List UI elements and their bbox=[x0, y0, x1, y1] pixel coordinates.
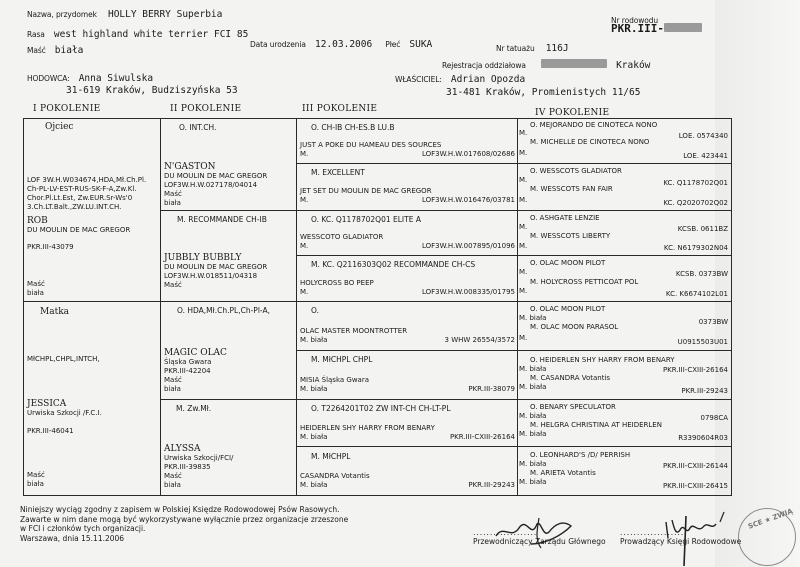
gen2-name: MAGIC OLAC bbox=[164, 348, 227, 358]
sex-label: Płeć bbox=[385, 40, 400, 49]
gen4-dam-color: M. biała bbox=[519, 430, 546, 439]
gen2-kennel: Śląska Gwara bbox=[164, 358, 211, 367]
gen4-dam-color: M. bbox=[519, 149, 527, 158]
gen4-cell: O. OLAC MOON PILOT M. KCSB. 0373BW M. HO… bbox=[517, 255, 732, 302]
gen4-sire-registration: KCSB. 0611BZ bbox=[678, 225, 728, 234]
gen4-cell: O. MEJORANDO DE CINOTECA NONO M. LOE. 05… bbox=[517, 118, 732, 164]
dam-color-label: Maść bbox=[27, 471, 45, 480]
gen1-dam-cell: Matka MłCHPL,CHPL,INTCH, JESSICA Urwiska… bbox=[23, 301, 161, 496]
gen4-dam-color: M. biała bbox=[519, 383, 546, 392]
gen2-color: biała bbox=[164, 199, 181, 208]
generation-4-heading: IV POKOLENIE bbox=[535, 108, 609, 118]
gen4-sire-color: M. biała bbox=[519, 314, 546, 323]
dam-name: JESSICA bbox=[27, 399, 66, 409]
gen4-cell: O. LEONHARD'S /D/ PERRISH M. biała PKR.I… bbox=[517, 446, 732, 496]
gen2-color-label: Maść bbox=[164, 190, 182, 199]
gen4-dam-name: M. HOLYCROSS PETTICOAT POL bbox=[530, 278, 638, 287]
owner-address-row: 31-481 Kraków, Promienistych 11/65 bbox=[446, 80, 640, 99]
gen3-cell: M. MłCHPL CASANDRA Votantis M. biała PKR… bbox=[296, 446, 518, 496]
color-value: biała bbox=[55, 45, 84, 56]
gen3-color: M. biała bbox=[300, 433, 327, 442]
gen4-dam-name: M. WESSCOTS LIBERTY bbox=[530, 232, 610, 241]
sire-role-label: Ojciec bbox=[45, 122, 73, 132]
gen3-cell: O. CH-IB CH-ES.B LU.B JUST A POKE DU HAM… bbox=[296, 118, 518, 164]
gen3-titles: O. KC. Q1178702Q01 ELITE A bbox=[311, 215, 421, 225]
gen4-sire-registration: 0798CA bbox=[701, 414, 729, 423]
gen2-kennel: Urwiska Szkocji/FCI/ bbox=[164, 454, 233, 463]
gen3-name: OLAC MASTER MOONTROTTER bbox=[300, 327, 407, 336]
gen4-dam-registration: KC. N6179302N04 bbox=[664, 244, 728, 253]
gen2-color-label: Maść bbox=[164, 472, 182, 481]
gen3-color: M. biała bbox=[300, 481, 327, 490]
gen3-name: JET SET DU MOULIN DE MAC GREGOR bbox=[300, 187, 432, 196]
official-stamp-icon: SCE ★ ZWIĄ bbox=[738, 508, 796, 566]
gen3-color: M. biała bbox=[300, 385, 327, 394]
gen4-sire-color: M. bbox=[519, 129, 527, 138]
gen2-kennel: DU MOULIN DE MAC GREGOR bbox=[164, 172, 267, 181]
branch-registration-city: Kraków bbox=[616, 60, 650, 71]
gen3-registration: LOF3W.H.W.008335/01795 bbox=[422, 288, 515, 297]
breeder-address: 31-619 Kraków, Budziszyńska 53 bbox=[66, 85, 238, 96]
dam-role-label: Matka bbox=[40, 307, 69, 317]
gen2-registration: LOF3W.H.W.018511/04318 bbox=[164, 272, 257, 281]
gen2-registration: LOF3W.H.W.027178/04014 bbox=[164, 181, 257, 190]
color-row: Maść biała bbox=[27, 38, 83, 57]
gen4-sire-name: O. OLAC MOON PILOT bbox=[530, 305, 605, 314]
gen4-dam-color: M. bbox=[519, 242, 527, 251]
dam-titles: MłCHPL,CHPL,INTCH, bbox=[27, 355, 100, 364]
breeder-label: HODOWCA: bbox=[27, 74, 70, 83]
gen4-sire-color: M. bbox=[519, 176, 527, 185]
gen2-kennel: DU MOULIN DE MAC GREGOR bbox=[164, 263, 267, 272]
signature-chairman: ................... Przewodniczący Zarzą… bbox=[473, 528, 606, 546]
gen3-titles: O. bbox=[311, 306, 319, 316]
redacted-pedigree-number bbox=[664, 23, 702, 32]
gen2-name: N'GASTON bbox=[164, 162, 215, 172]
color-label: Maść bbox=[27, 46, 46, 55]
gen4-cell: O. ASHGATE LENZIE M. KCSB. 0611BZ M. WES… bbox=[517, 210, 732, 256]
sire-title-line: Chor.Pl.Lt.Est, Zw.EUR.Sr-Ws'0 bbox=[27, 194, 146, 203]
gen4-dam-registration: R3390604R03 bbox=[678, 434, 728, 443]
gen2-name: ALYSSA bbox=[164, 444, 201, 454]
gen4-sire-registration: KCSB. 0373BW bbox=[676, 270, 728, 279]
gen3-titles: M. MłCHPL bbox=[311, 452, 350, 462]
gen3-titles: M. EXCELLENT bbox=[311, 168, 365, 178]
gen3-name: WESSCOTO GLADIATOR bbox=[300, 233, 383, 242]
gen4-dam-name: M. OLAC MOON PARASOL bbox=[530, 323, 618, 332]
gen4-cell: O. WESSCOTS GLADIATOR M. KC. Q1178702Q01… bbox=[517, 163, 732, 211]
sire-color: biała bbox=[27, 289, 44, 298]
gen3-registration: PKR.III-38079 bbox=[468, 385, 515, 394]
gen4-sire-registration: 0373BW bbox=[699, 318, 728, 327]
gen4-sire-color: M. biała bbox=[519, 460, 546, 469]
pedigree-number: PKR.III- bbox=[611, 17, 702, 36]
gen3-name: CASANDRA Votantis bbox=[300, 472, 370, 481]
gen2-titles: M. RECOMMANDE CH-IB bbox=[177, 215, 267, 225]
sire-name: ROB bbox=[27, 216, 48, 226]
gen4-sire-registration: KC. Q1178702Q01 bbox=[663, 179, 728, 188]
gen4-dam-registration: LOE. 423441 bbox=[683, 152, 728, 161]
gen3-cell: O. KC. Q1178702Q01 ELITE A WESSCOTO GLAD… bbox=[296, 210, 518, 256]
gen3-titles: O. CH-IB CH-ES.B LU.B bbox=[311, 123, 395, 133]
gen3-color: M. bbox=[300, 150, 308, 159]
gen2-cell: M. Zw.Mł. ALYSSA Urwiska Szkocji/FCI/ PK… bbox=[160, 399, 297, 496]
gen4-dam-registration: U0915503U01 bbox=[678, 338, 728, 347]
gen4-sire-name: O. WESSCOTS GLADIATOR bbox=[530, 167, 622, 176]
handwritten-signature-icon bbox=[660, 508, 740, 567]
gen4-sire-name: O. OLAC MOON PILOT bbox=[530, 259, 605, 268]
generation-3-heading: III POKOLENIE bbox=[302, 104, 377, 114]
gen4-sire-registration: PKR.III-CXIII-26144 bbox=[663, 462, 728, 471]
issue-date-line: Warszawa, dnia 15.11.2006 bbox=[20, 534, 348, 544]
gen2-cell: M. RECOMMANDE CH-IB JUBBLY BUBBLY DU MOU… bbox=[160, 210, 297, 302]
certification-line: w FCI i członków tych organizacji. bbox=[20, 524, 348, 534]
gen4-sire-name: O. BENARY SPECULATOR bbox=[530, 403, 616, 412]
gen2-color: biała bbox=[164, 481, 181, 490]
sire-registration: PKR.III-43079 bbox=[27, 243, 74, 252]
gen3-registration: PKR.III-CXIII-26164 bbox=[450, 433, 515, 442]
sire-title-line: 3.Ch.LT.Balt.,ZW.LU.INT.CH. bbox=[27, 203, 146, 212]
gen4-dam-color: M. bbox=[519, 334, 527, 343]
birth-date-value: 12.03.2006 bbox=[315, 39, 372, 50]
gen4-sire-name: O. LEONHARD'S /D/ PERRISH bbox=[530, 451, 630, 460]
gen2-name: JUBBLY BUBBLY bbox=[164, 253, 241, 263]
gen2-color-label: Maść bbox=[164, 376, 182, 385]
sex-value: SUKA bbox=[409, 39, 432, 50]
dam-kennel: Urwiska Szkocji /F.C.I. bbox=[27, 409, 102, 418]
gen4-dam-registration: KC. Q2020702Q02 bbox=[663, 199, 728, 208]
gen2-titles: M. Zw.Mł. bbox=[176, 404, 211, 414]
gen4-cell: O. BENARY SPECULATOR M. biała 0798CA M. … bbox=[517, 399, 732, 447]
generation-1-heading: I POKOLENIE bbox=[33, 104, 101, 114]
stamp-text: SCE ★ ZWIĄ bbox=[747, 507, 794, 531]
gen1-sire-cell: Ojciec LOF 3W.H.W034674,HDA,Mł.Ch.Pl. Ch… bbox=[23, 118, 161, 302]
gen3-registration: LOF3W.H.W.017608/02686 bbox=[422, 150, 515, 159]
gen4-sire-color: M. bbox=[519, 223, 527, 232]
gen4-cell: O. OLAC MOON PILOT M. biała 0373BW M. OL… bbox=[517, 301, 732, 351]
gen3-color: M. bbox=[300, 288, 308, 297]
gen3-name: MISIA Śląska Gwara bbox=[300, 376, 369, 385]
gen3-color: M. bbox=[300, 242, 308, 251]
gen4-dam-name: M. CASANDRA Votantis bbox=[530, 374, 610, 383]
dog-name: HOLLY BERRY Superbia bbox=[108, 9, 222, 20]
redacted-branch-registration bbox=[541, 59, 607, 68]
breeder-address-row: 31-619 Kraków, Budziszyńska 53 bbox=[66, 78, 238, 97]
gen4-dam-name: M. HELGRA CHRISTINA AT HEIDERLEN bbox=[530, 421, 662, 430]
gen4-dam-name: M. ARIETA Votantis bbox=[530, 469, 596, 478]
gen2-color-label: Maść bbox=[164, 281, 182, 290]
owner-address: 31-481 Kraków, Promienistych 11/65 bbox=[446, 87, 640, 98]
gen3-cell: M. MłCHPL CHPL MISIA Śląska Gwara M. bia… bbox=[296, 350, 518, 400]
gen2-color: biała bbox=[164, 385, 181, 394]
gen2-titles: O. HDA,Mł.Ch.PL,Ch-Pl-A, bbox=[177, 306, 270, 316]
birth-date-row: Data urodzenia 12.03.2006 Płeć SUKA bbox=[250, 32, 432, 51]
gen4-dam-registration: KC. K6674102L01 bbox=[666, 290, 728, 299]
gen4-dam-name: M. WESSCOTS FAN FAIR bbox=[530, 185, 613, 194]
dog-name-label: Nazwa, przydomek bbox=[27, 10, 97, 19]
gen3-name: JUST A POKE DU HAMEAU DES SOURCES bbox=[300, 141, 441, 150]
gen2-registration: PKR.III-39835 bbox=[164, 463, 211, 472]
gen4-sire-name: O. MEJORANDO DE CINOTECA NONO bbox=[530, 121, 657, 130]
gen4-sire-registration: LOE. 0574340 bbox=[679, 132, 728, 141]
gen4-dam-name: M. MICHELLE DE CINOTECA NONO bbox=[530, 138, 649, 147]
sire-color-label: Maść bbox=[27, 280, 45, 289]
sire-titles: LOF 3W.H.W034674,HDA,Mł.Ch.Pl. Ch-PL-LV-… bbox=[27, 176, 146, 212]
dog-name-row: Nazwa, przydomek HOLLY BERRY Superbia bbox=[27, 2, 222, 21]
gen4-dam-registration: PKR.III-CXIII-26415 bbox=[663, 482, 728, 491]
sire-title-line: Ch-PL-LV-EST-RUS-SK-F-A,Zw.Kl. bbox=[27, 185, 146, 194]
sire-title-line: LOF 3W.H.W034674,HDA,Mł.Ch.Pl. bbox=[27, 176, 146, 185]
tattoo-label: Nr tatuażu bbox=[496, 44, 535, 53]
gen4-sire-color: M. biała bbox=[519, 365, 546, 374]
signature-registrar: ................... Prowadzący Księgi Ro… bbox=[620, 528, 741, 546]
gen3-registration: LOF3W.H.W.007895/01096 bbox=[422, 242, 515, 251]
gen4-cell: O. HEIDERLEN SHY HARRY FROM BENARY M. bi… bbox=[517, 350, 732, 400]
gen4-sire-name: O. HEIDERLEN SHY HARRY FROM BENARY bbox=[530, 356, 675, 365]
gen4-sire-color: M. biała bbox=[519, 412, 546, 421]
gen2-cell: O. HDA,Mł.Ch.PL,Ch-Pl-A, MAGIC OLAC Śląs… bbox=[160, 301, 297, 400]
gen3-titles: O. T2264201T02 ZW INT-CH CH-LT-PL bbox=[311, 404, 451, 414]
handwritten-signature-icon bbox=[491, 514, 581, 552]
gen2-registration: PKR.III-42204 bbox=[164, 367, 211, 376]
gen3-cell: O. T2264201T02 ZW INT-CH CH-LT-PL HEIDER… bbox=[296, 399, 518, 447]
generation-2-heading: II POKOLENIE bbox=[170, 104, 241, 114]
dam-registration: PKR.III-46041 bbox=[27, 427, 74, 436]
certification-line: Zawarte w nim dane mogą być wykorzystywa… bbox=[20, 515, 348, 525]
gen3-registration: PKR.III-29243 bbox=[468, 481, 515, 490]
gen3-color: M. bbox=[300, 196, 308, 205]
gen3-titles: M. MłCHPL CHPL bbox=[311, 355, 372, 365]
certification-text: Niniejszy wyciąg zgodny z zapisem w Pols… bbox=[20, 505, 348, 543]
gen3-name: HEIDERLEN SHY HARRY FROM BENARY bbox=[300, 424, 435, 433]
gen3-titles: M. KC. Q2116303Q02 RECOMMANDE CH-CS bbox=[311, 260, 475, 270]
gen4-sire-name: O. ASHGATE LENZIE bbox=[530, 214, 600, 223]
gen4-sire-registration: PKR.III-CXIII-26164 bbox=[663, 366, 728, 375]
gen4-dam-color: M. biała bbox=[519, 478, 546, 487]
gen3-cell: M. EXCELLENT JET SET DU MOULIN DE MAC GR… bbox=[296, 163, 518, 211]
dam-color: biała bbox=[27, 480, 44, 489]
gen3-registration: LOF3W.H.W.016476/03781 bbox=[422, 196, 515, 205]
gen3-color: M. biała bbox=[300, 336, 327, 345]
gen4-sire-color: M. bbox=[519, 268, 527, 277]
owner-label: WŁAŚCICIEL: bbox=[395, 75, 442, 84]
birth-date-label: Data urodzenia bbox=[250, 40, 306, 49]
gen3-cell: O. OLAC MASTER MOONTROTTER M. biała 3 WH… bbox=[296, 301, 518, 351]
gen4-dam-color: M. bbox=[519, 196, 527, 205]
certification-line: Niniejszy wyciąg zgodny z zapisem w Pols… bbox=[20, 505, 348, 515]
pedigree-number-value: PKR.III- bbox=[611, 22, 664, 35]
gen2-cell: O. INT.CH. N'GASTON DU MOULIN DE MAC GRE… bbox=[160, 118, 297, 211]
gen3-name: HOLYCROSS BO PEEP bbox=[300, 279, 374, 288]
sire-kennel: DU MOULIN DE MAC GREGOR bbox=[27, 226, 130, 235]
gen3-registration: 3 WHW 26554/3572 bbox=[445, 336, 515, 345]
gen2-titles: O. INT.CH. bbox=[179, 123, 216, 133]
gen3-cell: M. KC. Q2116303Q02 RECOMMANDE CH-CS HOLY… bbox=[296, 255, 518, 302]
gen4-dam-registration: PKR.III-29243 bbox=[681, 387, 728, 396]
gen4-dam-color: M. bbox=[519, 287, 527, 296]
